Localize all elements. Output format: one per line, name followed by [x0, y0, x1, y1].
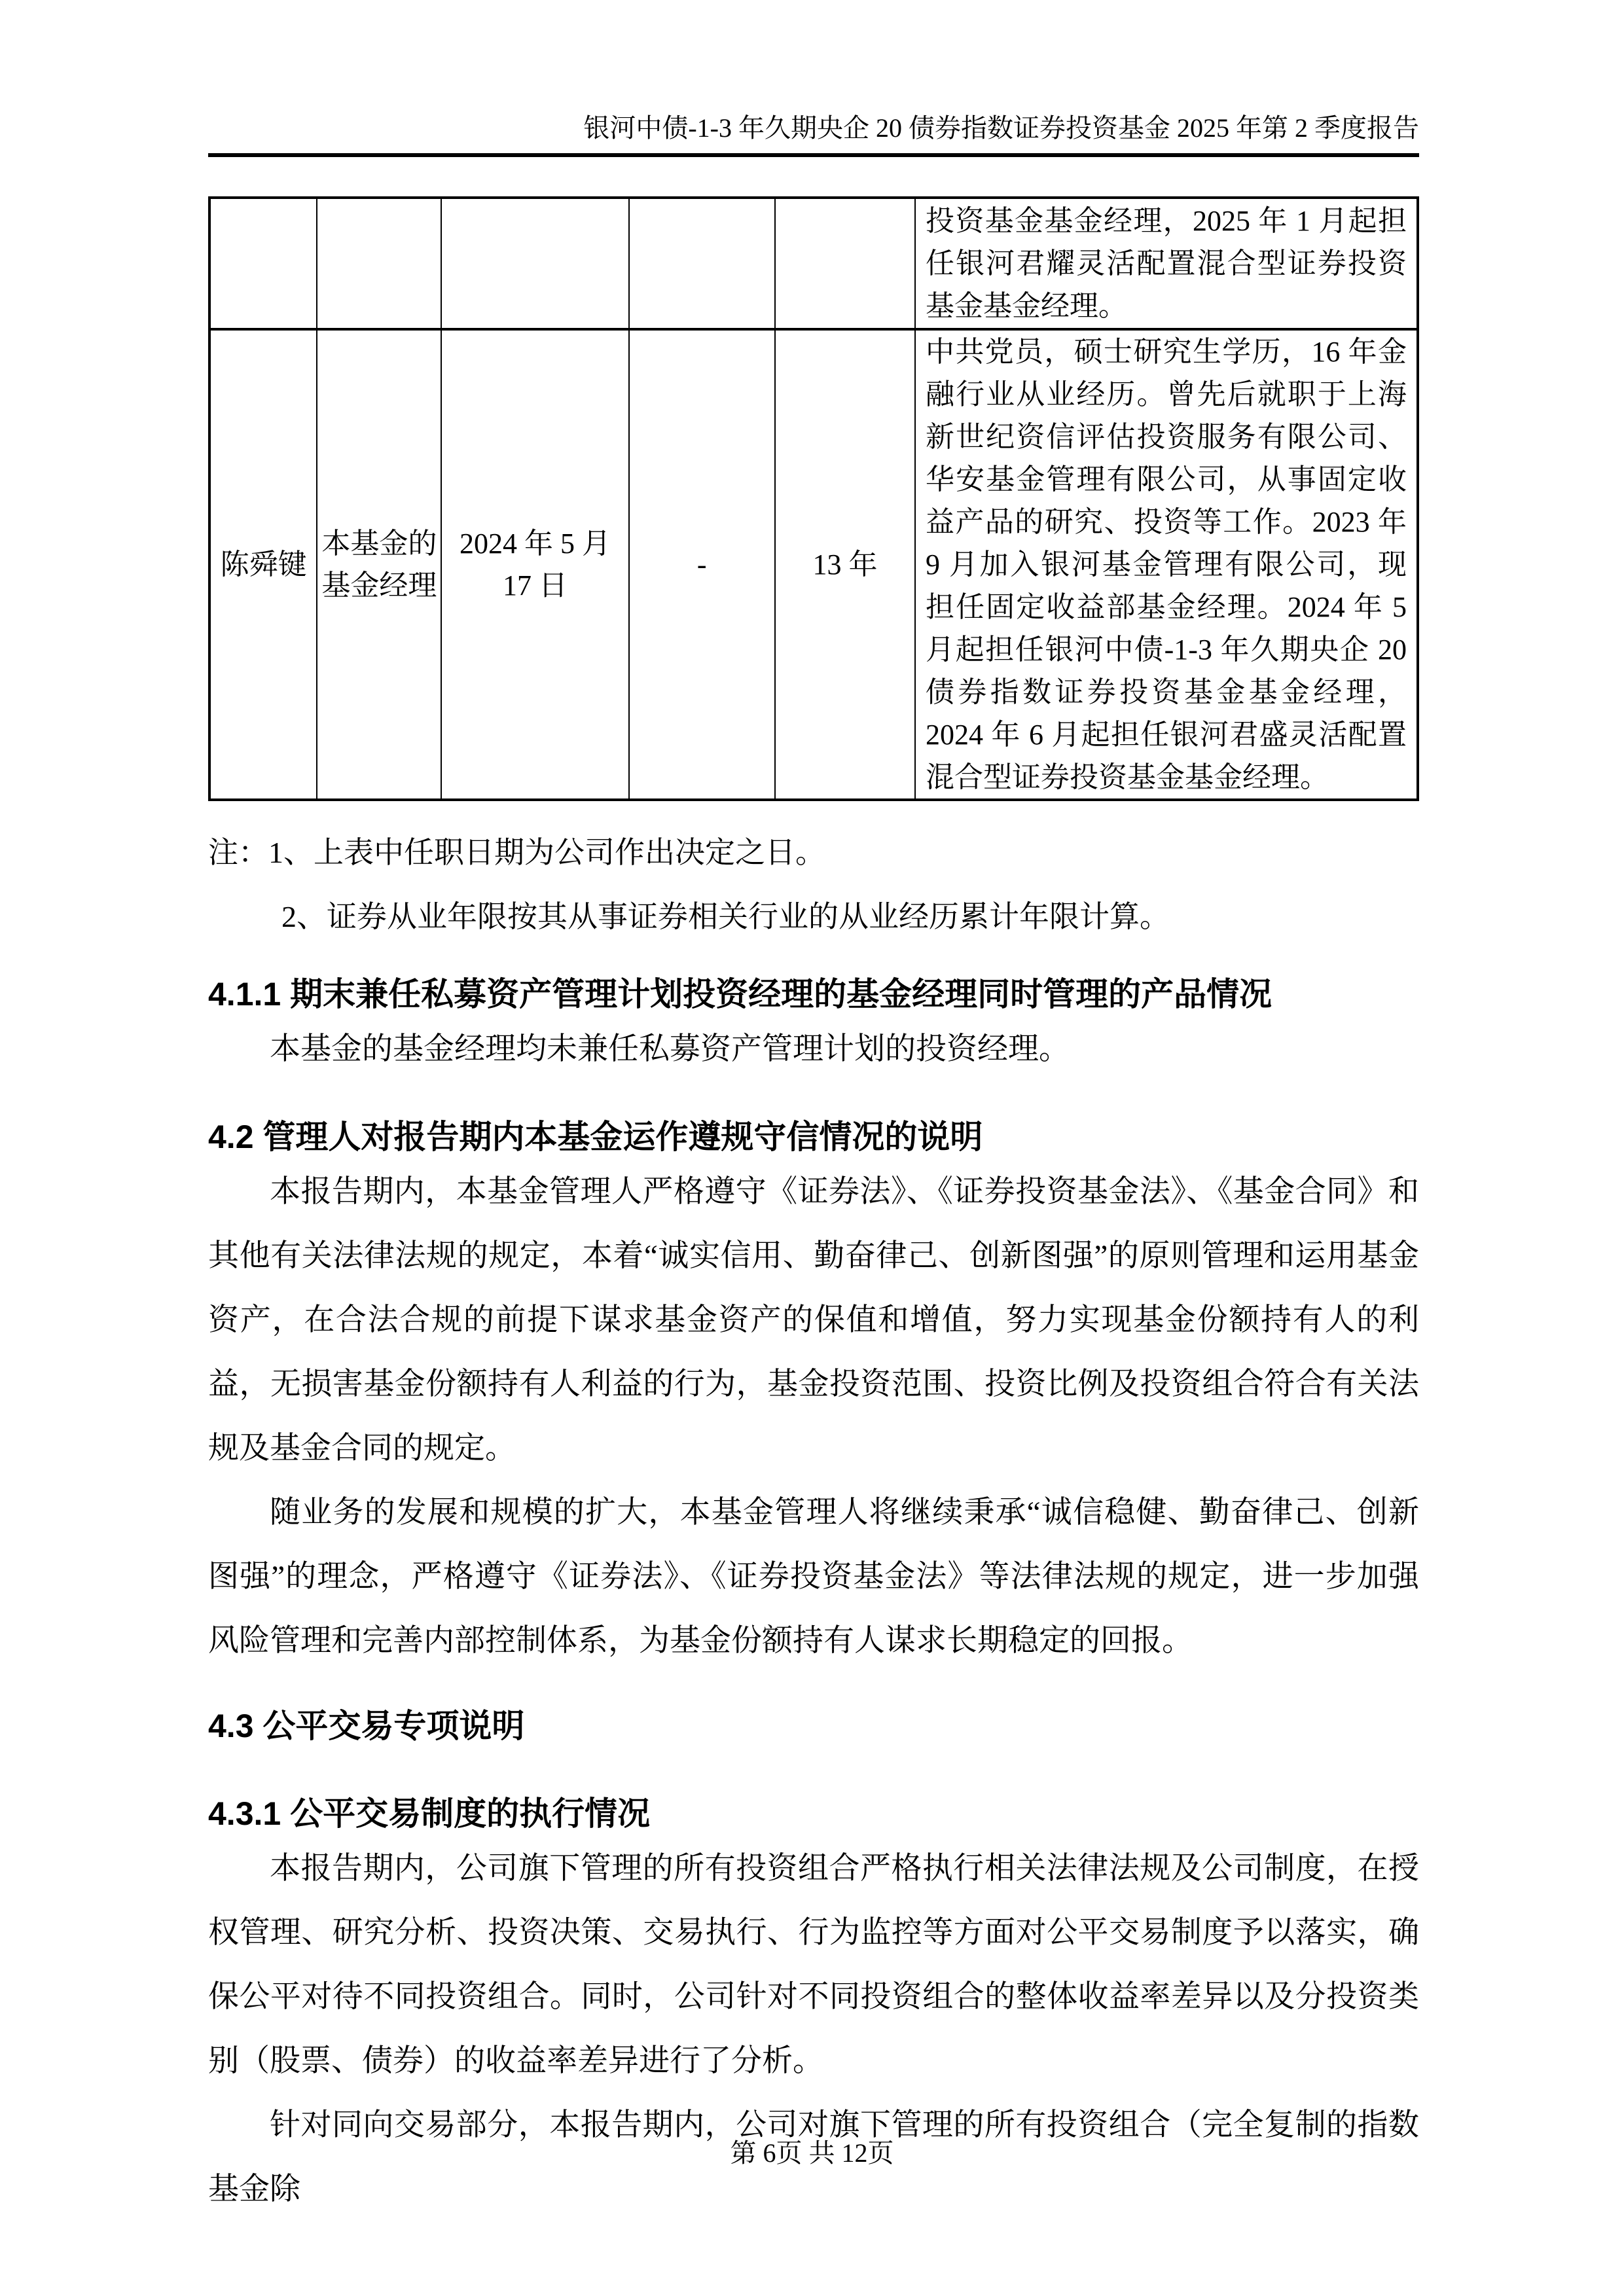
name-cell — [209, 198, 317, 329]
section-4-3-1-paragraph-1: 本报告期内，公司旗下管理的所有投资组合严格执行相关法律法规及公司制度，在授权管理… — [208, 1837, 1419, 2093]
end-date-cell: - — [629, 329, 775, 800]
section-heading-4-2: 4.2 管理人对报告期内本基金运作遵规守信情况的说明 — [208, 1114, 1419, 1160]
note-2: 2、证券从业年限按其从事证券相关行业的从业经历累计年限计算。 — [208, 885, 1419, 949]
table-row-continued: 投资基金基金经理，2025 年 1 月起担任银河君耀灵活配置混合型证券投资基金基… — [209, 198, 1418, 329]
fund-manager-table: 投资基金基金经理，2025 年 1 月起担任银河君耀灵活配置混合型证券投资基金基… — [208, 196, 1419, 801]
report-page: 银河中债-1-3 年久期央企 20 债券指数证券投资基金 2025 年第 2 季… — [0, 0, 1624, 2296]
page-header: 银河中债-1-3 年久期央企 20 债券指数证券投资基金 2025 年第 2 季… — [208, 0, 1419, 157]
section-4-2-paragraph-1: 本报告期内，本基金管理人严格遵守《证券法》、《证券投资基金法》、《基金合同》和其… — [208, 1160, 1419, 1480]
page-content: 投资基金基金经理，2025 年 1 月起担任银河君耀灵活配置混合型证券投资基金基… — [208, 196, 1419, 2221]
years-cell: 13 年 — [775, 329, 915, 800]
page-number: 第 6页 共 12页 — [0, 2132, 1624, 2170]
start-date-cell: 2024 年 5 月 17 日 — [441, 329, 628, 800]
end-date-cell — [629, 198, 775, 329]
bio-cell: 投资基金基金经理，2025 年 1 月起担任银河君耀灵活配置混合型证券投资基金基… — [915, 198, 1418, 329]
section-4-2-paragraph-2: 随业务的发展和规模的扩大，本基金管理人将继续秉承“诚信稳健、勤奋律己、创新图强”… — [208, 1480, 1419, 1673]
report-title: 银河中债-1-3 年久期央企 20 债券指数证券投资基金 2025 年第 2 季… — [208, 113, 1419, 153]
bio-cell: 中共党员，硕士研究生学历，16 年金融行业从业经历。曾先后就职于上海新世纪资信评… — [915, 329, 1418, 800]
name-cell: 陈舜键 — [209, 329, 317, 800]
section-heading-4-3-1: 4.3.1 公平交易制度的执行情况 — [208, 1791, 1419, 1837]
section-heading-4-1-1: 4.1.1 期末兼任私募资产管理计划投资经理的基金经理同时管理的产品情况 — [208, 971, 1419, 1017]
table-row-manager: 陈舜键 本基金的基金经理 2024 年 5 月 17 日 - 13 年 中共党员… — [209, 329, 1418, 800]
years-cell — [775, 198, 915, 329]
note-1: 注：1、上表中任职日期为公司作出决定之日。 — [208, 821, 1419, 885]
position-cell — [317, 198, 441, 329]
section-heading-4-3: 4.3 公平交易专项说明 — [208, 1703, 1419, 1749]
start-date-cell — [441, 198, 628, 329]
table-notes: 注：1、上表中任职日期为公司作出决定之日。 2、证券从业年限按其从事证券相关行业… — [208, 821, 1419, 949]
position-cell: 本基金的基金经理 — [317, 329, 441, 800]
section-4-1-1-paragraph: 本基金的基金经理均未兼任私募资产管理计划的投资经理。 — [208, 1017, 1419, 1081]
